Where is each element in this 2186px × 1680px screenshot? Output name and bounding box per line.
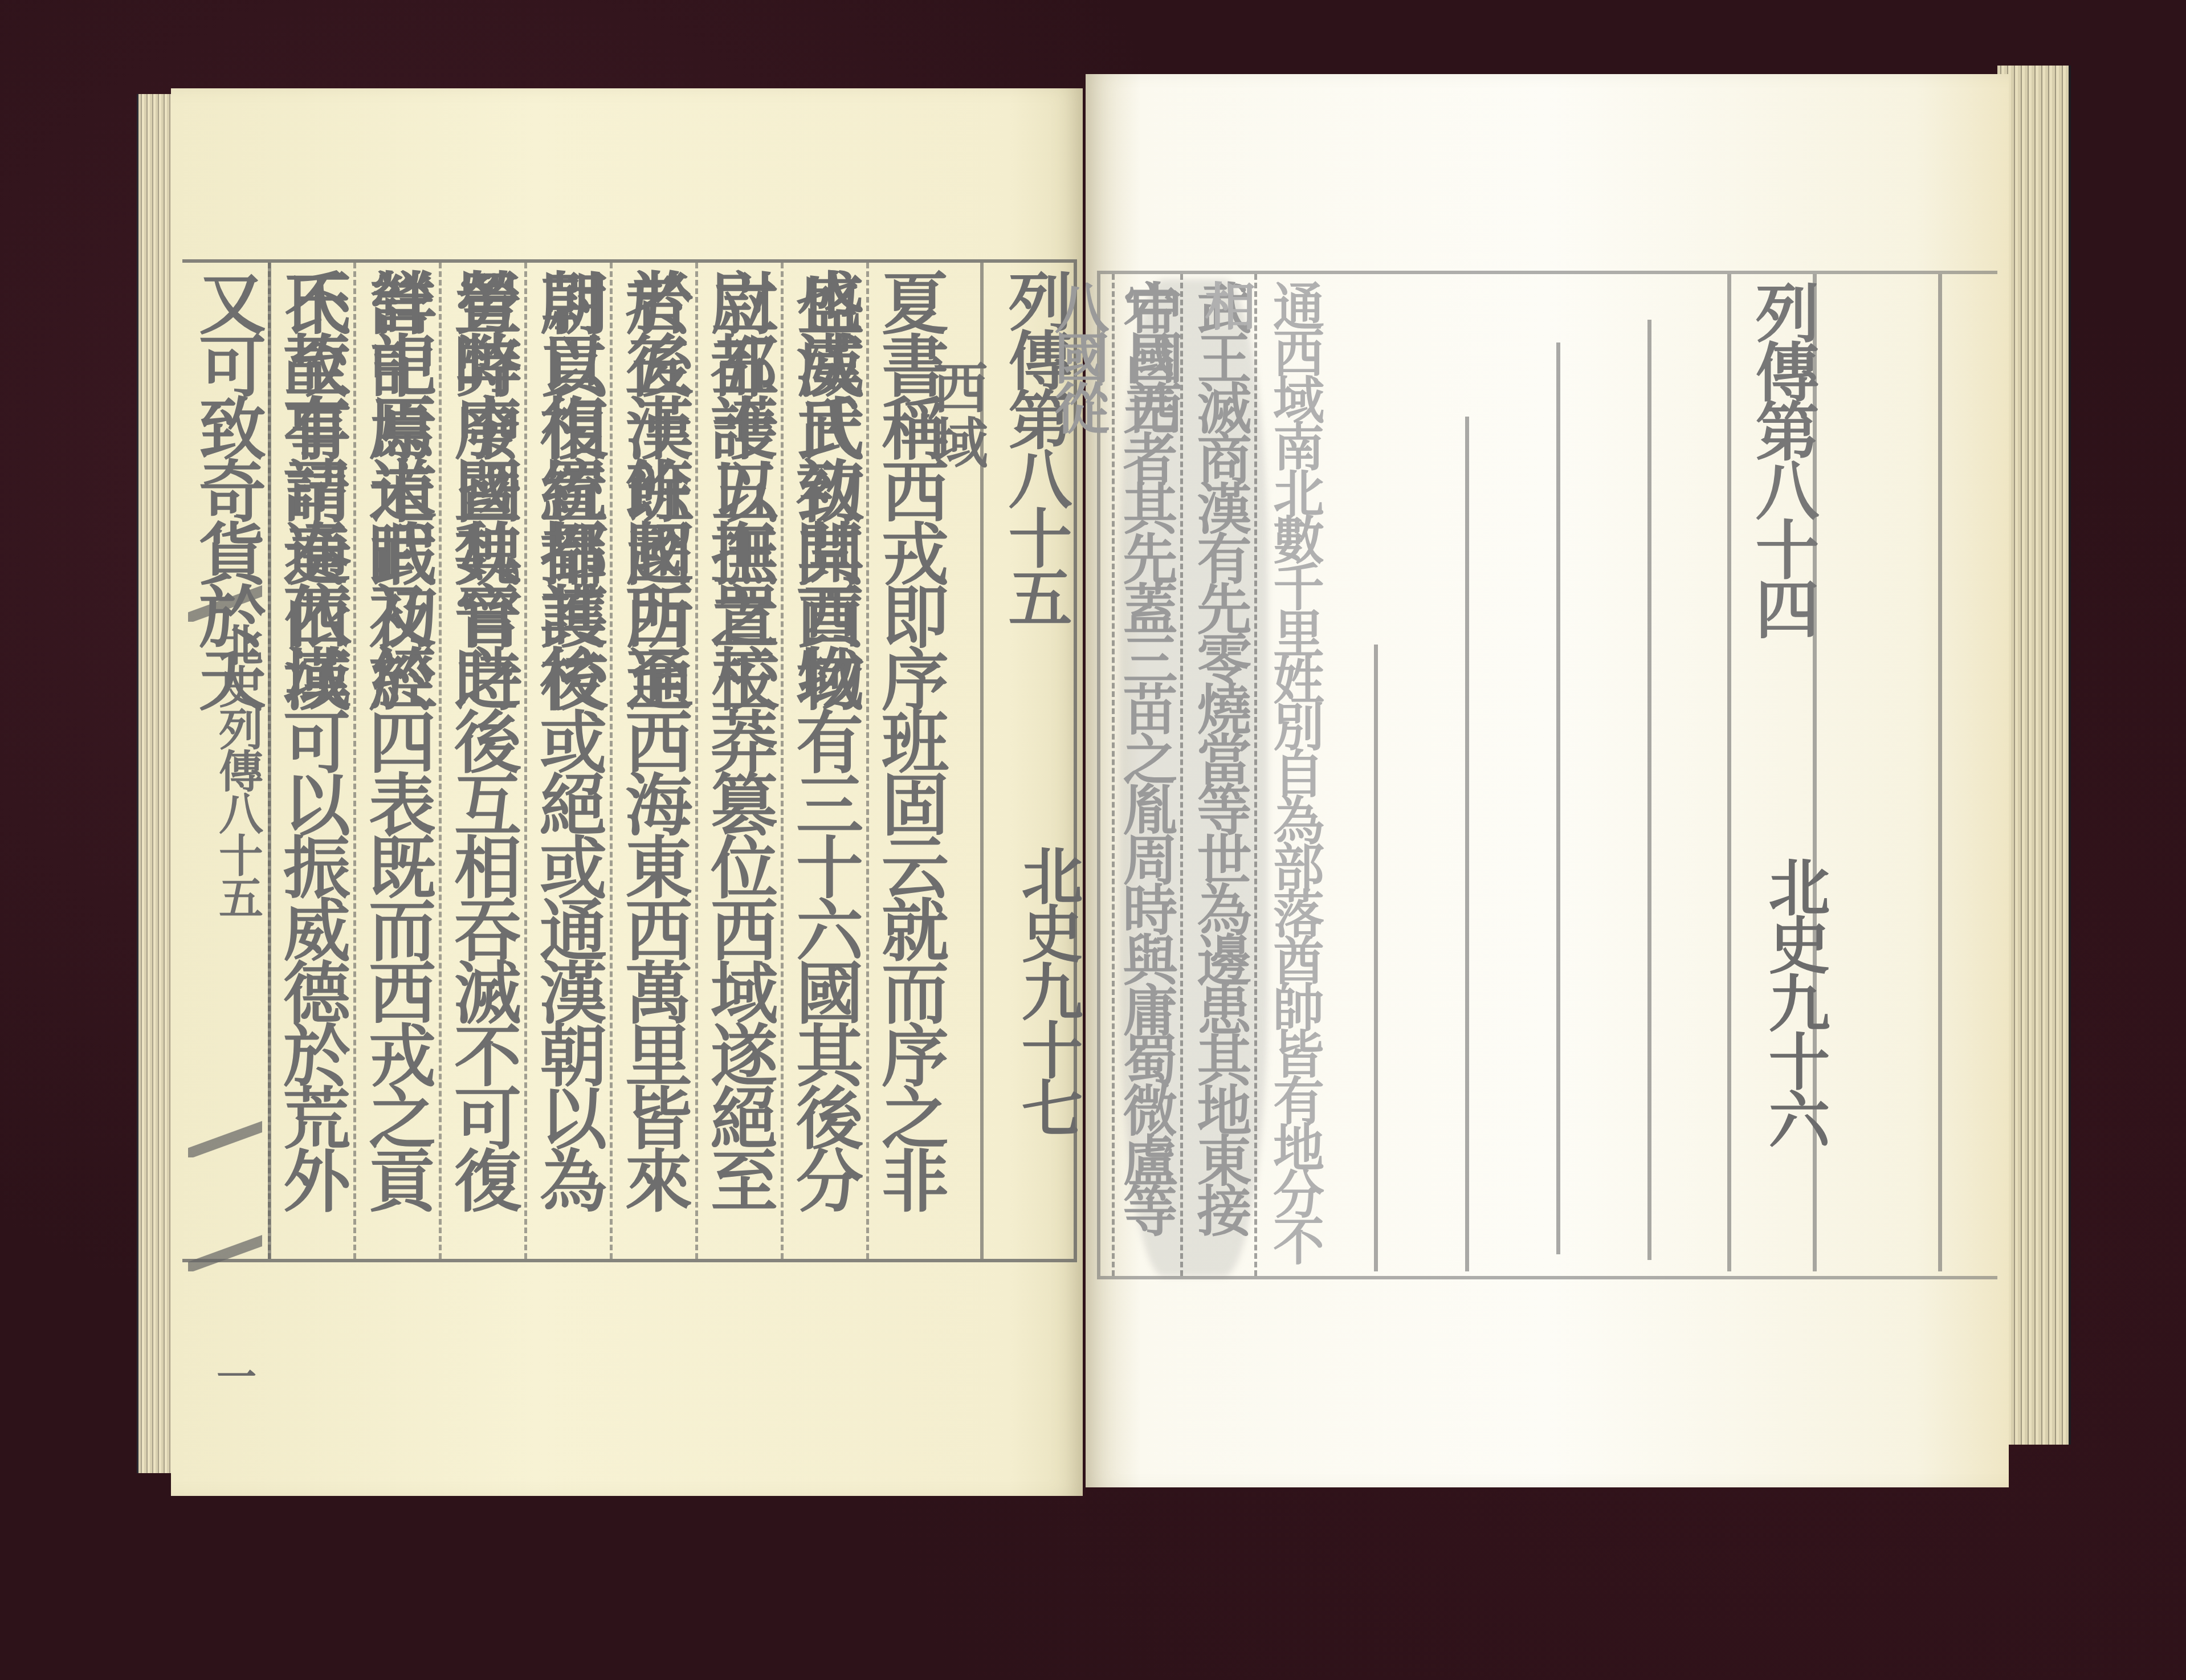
column-rule xyxy=(1938,274,1942,1271)
banxin-page-number: 一 xyxy=(217,1345,256,1403)
right-print-frame: 宕昌羌者其先蓋三苗之胤周時與庸蜀微盧等八國從 武王滅商漢有先零燒當等世為邊患其地… xyxy=(1097,271,1997,1279)
fishtail-mark-icon xyxy=(188,1232,262,1271)
column-rule xyxy=(1465,417,1469,1271)
fishtail-mark-icon xyxy=(188,1118,262,1157)
right-page: 宕昌羌者其先蓋三苗之胤周時與庸蜀微盧等八國從 武王滅商漢有先零燒當等世為邊患其地… xyxy=(1086,74,2009,1487)
open-book: 北史列傳八十五 一 氏故事請通西域可以振威德於荒外又可致奇貨於天 營中原未暇及於… xyxy=(0,0,2186,1680)
section-title: 西域 xyxy=(917,360,996,531)
book-volume-label: 北史九十七 xyxy=(1003,844,1091,1135)
faded-text-column-2: 武王滅商漢有先零燒當等世為邊患其地東接中國西 xyxy=(1180,274,1254,1276)
book-volume-label: 北史九十六 xyxy=(1750,855,1838,1146)
column-rule xyxy=(1556,342,1560,1254)
left-page: 北史列傳八十五 一 氏故事請通西域可以振威德於荒外又可致奇貨於天 營中原未暇及於… xyxy=(171,88,1083,1496)
column-rule xyxy=(1727,274,1731,1271)
left-print-frame: 北史列傳八十五 一 氏故事請通西域可以振威德於荒外又可致奇貨於天 營中原未暇及於… xyxy=(182,259,1077,1262)
faded-text-column-3: 通西域南北數千里姓別自為部落酋帥皆有地分不相 xyxy=(1254,274,1328,1276)
column-rule xyxy=(1647,320,1651,1260)
column-rule xyxy=(1374,645,1378,1271)
